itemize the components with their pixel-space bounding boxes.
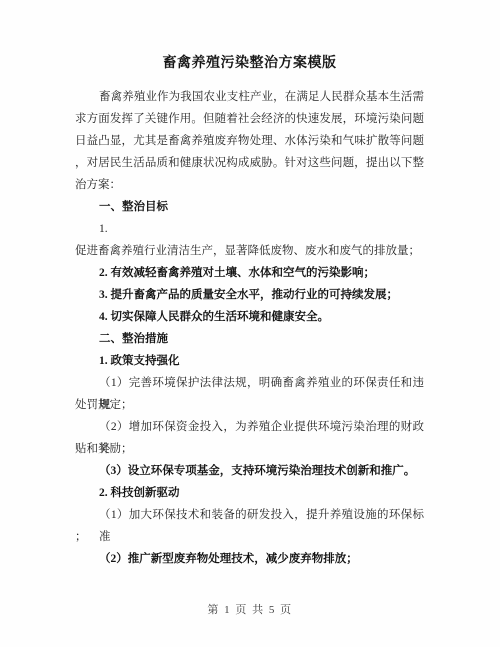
text-line: （1）加大环保技术和装备的研发投入，提升养殖设施的环保标准 <box>75 504 424 526</box>
text-line: 4. 切实保障人民群众的生活环境和健康安全。 <box>75 306 424 328</box>
text-line: 2. 有效减轻畜禽养殖对土壤、水体和空气的污染影响； <box>75 262 424 284</box>
text-line: （1）完善环境保护法律法规，明确畜禽养殖业的环保责任和违规 <box>75 372 424 394</box>
text-line: （2）推广新型废弃物处理技术，减少废弃物排放； <box>75 548 424 570</box>
text-line: 畜禽养殖业作为我国农业支柱产业，在满足人民群众基本生活需 <box>75 86 424 108</box>
document-page: 畜禽养殖污染整治方案模版 畜禽养殖业作为我国农业支柱产业，在满足人民群众基本生活… <box>0 0 500 647</box>
text-line: 1. <box>75 218 424 240</box>
text-line: 一、整治目标 <box>75 196 424 218</box>
text-line: 1. 政策支持强化 <box>75 350 424 372</box>
text-line: 促进畜禽养殖行业清洁生产，显著降低废物、废水和废气的排放量； <box>75 240 424 262</box>
document-body: 畜禽养殖业作为我国农业支柱产业，在满足人民群众基本生活需求方面发挥了关键作用。但… <box>75 86 424 570</box>
document-title: 畜禽养殖污染整治方案模版 <box>75 54 424 74</box>
text-line: ； <box>75 526 424 548</box>
text-line: ，对居民生活品质和健康状况构成威胁。针对这些问题，提出以下整 <box>75 152 424 174</box>
text-line: （2）增加环保资金投入，为养殖企业提供环境污染治理的财政补 <box>75 416 424 438</box>
text-line: 贴和奖励； <box>75 438 424 460</box>
text-line: 3. 提升畜禽产品的质量安全水平，推动行业的可持续发展； <box>75 284 424 306</box>
text-line: 2. 科技创新驱动 <box>75 482 424 504</box>
text-line: 日益凸显，尤其是畜禽养殖废弃物处理、水体污染和气味扩散等问题 <box>75 130 424 152</box>
page-number-footer: 第 1 页 共 5 页 <box>0 601 500 617</box>
text-line: 求方面发挥了关键作用。但随着社会经济的快速发展，环境污染问题 <box>75 108 424 130</box>
text-line: （3）设立环保专项基金，支持环境污染治理技术创新和推广。 <box>75 460 424 482</box>
text-line: 二、整治措施 <box>75 328 424 350</box>
text-line: 治方案： <box>75 174 424 196</box>
text-line: 处罚规定； <box>75 394 424 416</box>
